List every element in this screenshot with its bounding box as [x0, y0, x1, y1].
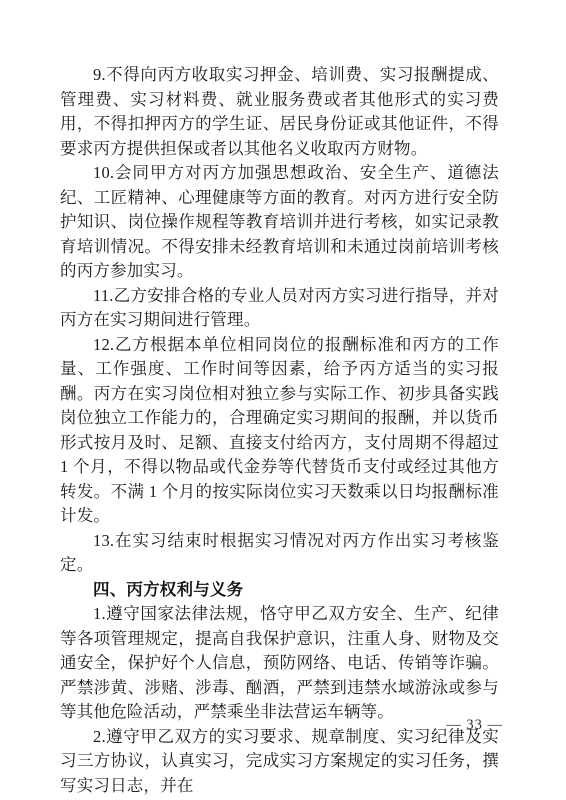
section-heading-party-c-rights: 四、丙方权利与义务 [60, 578, 499, 603]
clause-11: 11.乙方安排合格的专业人员对丙方实习进行指导，并对丙方在实习期间进行管理。 [60, 284, 499, 333]
clause-1: 1.遵守国家法律法规，恪守甲乙双方安全、生产、纪律等各项管理规定，提高自我保护意… [60, 602, 499, 725]
document-body: 9.不得向丙方收取实习押金、培训费、实习报酬提成、管理费、实习材料费、就业服务费… [60, 63, 499, 798]
clause-13: 13.在实习结束时根据实习情况对丙方作出实习考核鉴定。 [60, 529, 499, 578]
document-page: 9.不得向丙方收取实习押金、培训费、实习报酬提成、管理费、实习材料费、就业服务费… [0, 0, 566, 800]
clause-10: 10.会同甲方对丙方加强思想政治、安全生产、道德法纪、工匠精神、心理健康等方面的… [60, 161, 499, 284]
page-number: — 33 — [446, 717, 503, 734]
clause-9: 9.不得向丙方收取实习押金、培训费、实习报酬提成、管理费、实习材料费、就业服务费… [60, 63, 499, 161]
clause-2: 2.遵守甲乙双方的实习要求、规章制度、实习纪律及实习三方协议，认真实习，完成实习… [60, 725, 499, 799]
clause-12: 12.乙方根据本单位相同岗位的报酬标准和丙方的工作量、工作强度、工作时间等因素，… [60, 333, 499, 529]
